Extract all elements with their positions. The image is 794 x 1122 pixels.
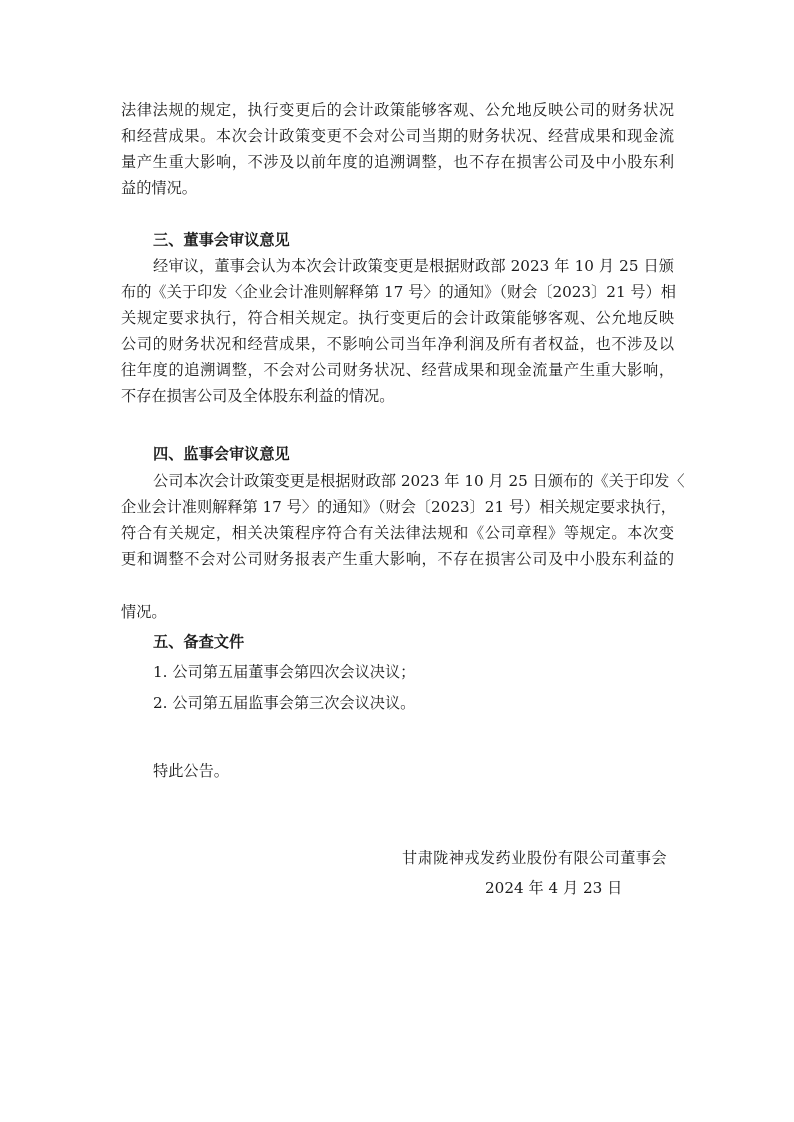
- paragraph-line: 和经营成果。本次会计政策变更不会对公司当期的财务状况、经营成果和现金流: [121, 123, 674, 149]
- paragraph-line: 公司本次会计政策变更是根据财政部 2023 年 10 月 25 日颁布的《关于印…: [153, 468, 674, 494]
- paragraph-line: 关规定要求执行，符合相关规定。执行变更后的会计政策能够客观、公允地反映: [121, 305, 674, 331]
- paragraph-line: 益的情况。: [121, 175, 674, 201]
- section-heading-board-opinion: 三、董事会审议意见: [153, 227, 674, 253]
- signature-date: 2024 年 4 月 23 日: [485, 875, 622, 901]
- paragraph-line: 量产生重大影响，不涉及以前年度的追溯调整，也不存在损害公司及中小股东利: [121, 149, 674, 175]
- paragraph-line: 企业会计准则解释第 17 号〉的通知》（财会〔2023〕21 号）相关规定要求执…: [121, 494, 674, 520]
- signature-company: 甘肃陇神戎发药业股份有限公司董事会: [402, 845, 667, 871]
- paragraph-line: 布的《关于印发〈企业会计准则解释第 17 号〉的通知》（财会〔2023〕21 号…: [121, 279, 674, 305]
- closing-statement: 特此公告。: [153, 758, 674, 784]
- paragraph-line: 更和调整不会对公司财务报表产生重大影响，不存在损害公司及中小股东利益的: [121, 546, 674, 572]
- reference-item: 1. 公司第五届董事会第四次会议决议；: [153, 659, 674, 685]
- paragraph-line: 不存在损害公司及全体股东利益的情况。: [121, 383, 674, 409]
- paragraph-line: 往年度的追溯调整，不会对公司财务状况、经营成果和现金流量产生重大影响，: [121, 357, 674, 383]
- reference-item: 2. 公司第五届监事会第三次会议决议。: [153, 690, 674, 716]
- paragraph-line: 经审议，董事会认为本次会计政策变更是根据财政部 2023 年 10 月 25 日…: [153, 253, 674, 279]
- paragraph-line: 情况。: [121, 599, 674, 625]
- paragraph-line: 符合有关规定，相关决策程序符合有关法律法规和《公司章程》等规定。本次变: [121, 520, 674, 546]
- section-heading-reference-documents: 五、备查文件: [153, 629, 674, 655]
- section-heading-supervisory-opinion: 四、监事会审议意见: [153, 441, 674, 467]
- paragraph-line: 法律法规的规定，执行变更后的会计政策能够客观、公允地反映公司的财务状况: [121, 97, 674, 123]
- paragraph-line: 公司的财务状况和经营成果，不影响公司当年净利润及所有者权益，也不涉及以: [121, 331, 674, 357]
